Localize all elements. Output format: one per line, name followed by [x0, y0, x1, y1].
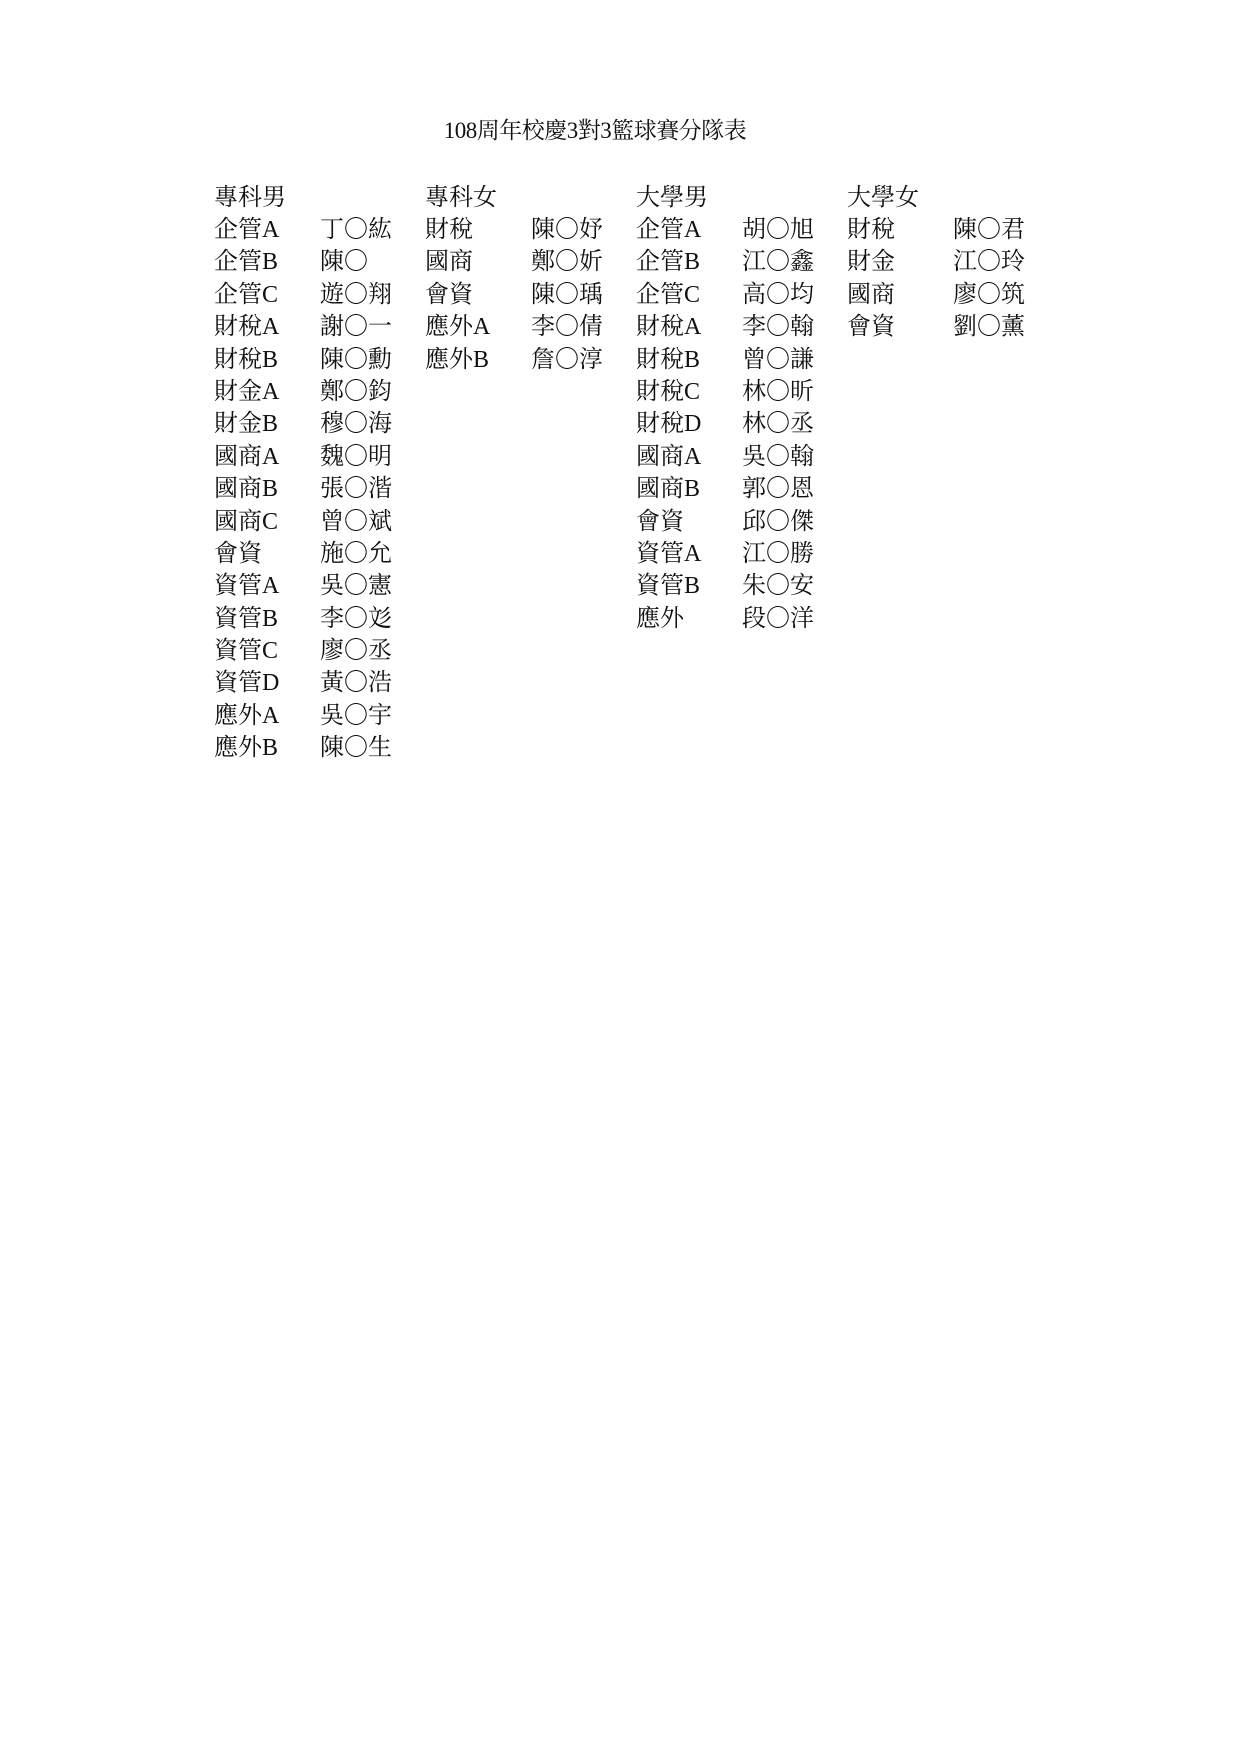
dept-label: 應外A: [214, 700, 320, 732]
team-row: 應外B詹〇淳: [425, 344, 635, 376]
team-row: 資管B李〇彣: [214, 603, 424, 635]
dept-label: 國商C: [214, 506, 320, 538]
page-title: 108周年校慶3對3籃球賽分隊表: [0, 116, 1190, 146]
dept-label: 財稅: [847, 214, 953, 246]
dept-label: 企管C: [636, 279, 742, 311]
team-row: 應外段〇洋: [636, 603, 846, 635]
team-row: 財稅B陳〇勳: [214, 344, 424, 376]
player-name: 林〇丞: [742, 408, 814, 440]
team-row: 國商B郭〇恩: [636, 473, 846, 505]
team-row: 應外B陳〇生: [214, 732, 424, 764]
dept-label: 企管A: [636, 214, 742, 246]
team-row: 企管C高〇均: [636, 279, 846, 311]
dept-label: 財稅A: [214, 311, 320, 343]
dept-label: 國商B: [214, 473, 320, 505]
dept-label: 會資: [636, 506, 742, 538]
group-header: 大學女: [847, 182, 1057, 214]
team-row: 財稅A謝〇一: [214, 311, 424, 343]
team-row: 會資施〇允: [214, 538, 424, 570]
team-row: 應外A吳〇宇: [214, 700, 424, 732]
dept-label: 財稅B: [214, 344, 320, 376]
player-name: 陳〇勳: [320, 344, 392, 376]
player-name: 謝〇一: [320, 311, 392, 343]
dept-label: 應外B: [214, 732, 320, 764]
player-name: 黃〇浩: [320, 667, 392, 699]
player-name: 丁〇紘: [320, 214, 392, 246]
dept-label: 會資: [425, 279, 531, 311]
player-name: 陳〇妤: [531, 214, 603, 246]
team-row: 資管A吳〇憲: [214, 570, 424, 602]
player-name: 穆〇海: [320, 408, 392, 440]
dept-label: 國商A: [636, 441, 742, 473]
dept-label: 企管A: [214, 214, 320, 246]
dept-label: 財金A: [214, 376, 320, 408]
player-name: 李〇翰: [742, 311, 814, 343]
team-row: 資管A江〇勝: [636, 538, 846, 570]
player-name: 曾〇斌: [320, 506, 392, 538]
player-name: 郭〇恩: [742, 473, 814, 505]
dept-label: 資管A: [214, 570, 320, 602]
player-name: 陳〇: [320, 246, 368, 278]
team-row: 財稅陳〇君: [847, 214, 1057, 246]
dept-label: 資管B: [636, 570, 742, 602]
player-name: 鄭〇鈞: [320, 376, 392, 408]
player-name: 李〇倩: [531, 311, 603, 343]
dept-label: 國商A: [214, 441, 320, 473]
dept-label: 財金B: [214, 408, 320, 440]
team-row: 財稅A李〇翰: [636, 311, 846, 343]
dept-label: 財稅A: [636, 311, 742, 343]
team-row: 企管A胡〇旭: [636, 214, 846, 246]
team-row: 財稅B曾〇謙: [636, 344, 846, 376]
player-name: 江〇勝: [742, 538, 814, 570]
team-row: 資管B朱〇安: [636, 570, 846, 602]
team-row: 企管B江〇鑫: [636, 246, 846, 278]
team-row: 會資邱〇傑: [636, 506, 846, 538]
player-name: 廖〇丞: [320, 635, 392, 667]
player-name: 吳〇憲: [320, 570, 392, 602]
player-name: 陳〇君: [953, 214, 1025, 246]
player-name: 吳〇翰: [742, 441, 814, 473]
player-name: 李〇彣: [320, 603, 392, 635]
dept-label: 國商B: [636, 473, 742, 505]
dept-label: 企管C: [214, 279, 320, 311]
group-vocational-female: 專科女 財稅陳〇妤 國商鄭〇妡 會資陳〇瑀 應外A李〇倩 應外B詹〇淳: [425, 182, 635, 376]
player-name: 張〇湝: [320, 473, 392, 505]
player-name: 詹〇淳: [531, 344, 603, 376]
player-name: 高〇均: [742, 279, 814, 311]
team-row: 國商A吳〇翰: [636, 441, 846, 473]
player-name: 魏〇明: [320, 441, 392, 473]
player-name: 遊〇翔: [320, 279, 392, 311]
dept-label: 資管C: [214, 635, 320, 667]
player-name: 段〇洋: [742, 603, 814, 635]
player-name: 邱〇傑: [742, 506, 814, 538]
team-row: 應外A李〇倩: [425, 311, 635, 343]
group-header: 專科男: [214, 182, 424, 214]
team-row: 國商B張〇湝: [214, 473, 424, 505]
player-name: 鄭〇妡: [531, 246, 603, 278]
dept-label: 財稅C: [636, 376, 742, 408]
dept-label: 財稅D: [636, 408, 742, 440]
dept-label: 資管B: [214, 603, 320, 635]
team-row: 國商C曾〇斌: [214, 506, 424, 538]
player-name: 陳〇瑀: [531, 279, 603, 311]
group-university-male: 大學男 企管A胡〇旭 企管B江〇鑫 企管C高〇均 財稅A李〇翰 財稅B曾〇謙 財…: [636, 182, 846, 635]
team-row: 財稅D林〇丞: [636, 408, 846, 440]
player-name: 曾〇謙: [742, 344, 814, 376]
team-row: 財金江〇玲: [847, 246, 1057, 278]
dept-label: 企管B: [636, 246, 742, 278]
dept-label: 財稅: [425, 214, 531, 246]
dept-label: 國商: [847, 279, 953, 311]
dept-label: 財金: [847, 246, 953, 278]
team-row: 國商廖〇筑: [847, 279, 1057, 311]
team-row: 企管B陳〇: [214, 246, 424, 278]
team-row: 財稅C林〇昕: [636, 376, 846, 408]
team-row: 資管D黃〇浩: [214, 667, 424, 699]
player-name: 施〇允: [320, 538, 392, 570]
group-header: 專科女: [425, 182, 635, 214]
group-vocational-male: 專科男 企管A丁〇紘 企管B陳〇 企管C遊〇翔 財稅A謝〇一 財稅B陳〇勳 財金…: [214, 182, 424, 765]
team-row: 國商鄭〇妡: [425, 246, 635, 278]
player-name: 吳〇宇: [320, 700, 392, 732]
player-name: 江〇玲: [953, 246, 1025, 278]
player-name: 江〇鑫: [742, 246, 814, 278]
team-row: 財金A鄭〇鈞: [214, 376, 424, 408]
team-row: 會資劉〇薰: [847, 311, 1057, 343]
player-name: 陳〇生: [320, 732, 392, 764]
dept-label: 應外: [636, 603, 742, 635]
dept-label: 資管D: [214, 667, 320, 699]
dept-label: 企管B: [214, 246, 320, 278]
group-university-female: 大學女 財稅陳〇君 財金江〇玲 國商廖〇筑 會資劉〇薰: [847, 182, 1057, 344]
dept-label: 財稅B: [636, 344, 742, 376]
player-name: 廖〇筑: [953, 279, 1025, 311]
team-row: 會資陳〇瑀: [425, 279, 635, 311]
player-name: 胡〇旭: [742, 214, 814, 246]
dept-label: 會資: [847, 311, 953, 343]
dept-label: 應外B: [425, 344, 531, 376]
team-row: 財金B穆〇海: [214, 408, 424, 440]
dept-label: 國商: [425, 246, 531, 278]
player-name: 朱〇安: [742, 570, 814, 602]
team-row: 國商A魏〇明: [214, 441, 424, 473]
group-header: 大學男: [636, 182, 846, 214]
team-row: 企管A丁〇紘: [214, 214, 424, 246]
dept-label: 資管A: [636, 538, 742, 570]
team-row: 企管C遊〇翔: [214, 279, 424, 311]
team-row: 財稅陳〇妤: [425, 214, 635, 246]
dept-label: 應外A: [425, 311, 531, 343]
team-row: 資管C廖〇丞: [214, 635, 424, 667]
dept-label: 會資: [214, 538, 320, 570]
player-name: 劉〇薰: [953, 311, 1025, 343]
player-name: 林〇昕: [742, 376, 814, 408]
